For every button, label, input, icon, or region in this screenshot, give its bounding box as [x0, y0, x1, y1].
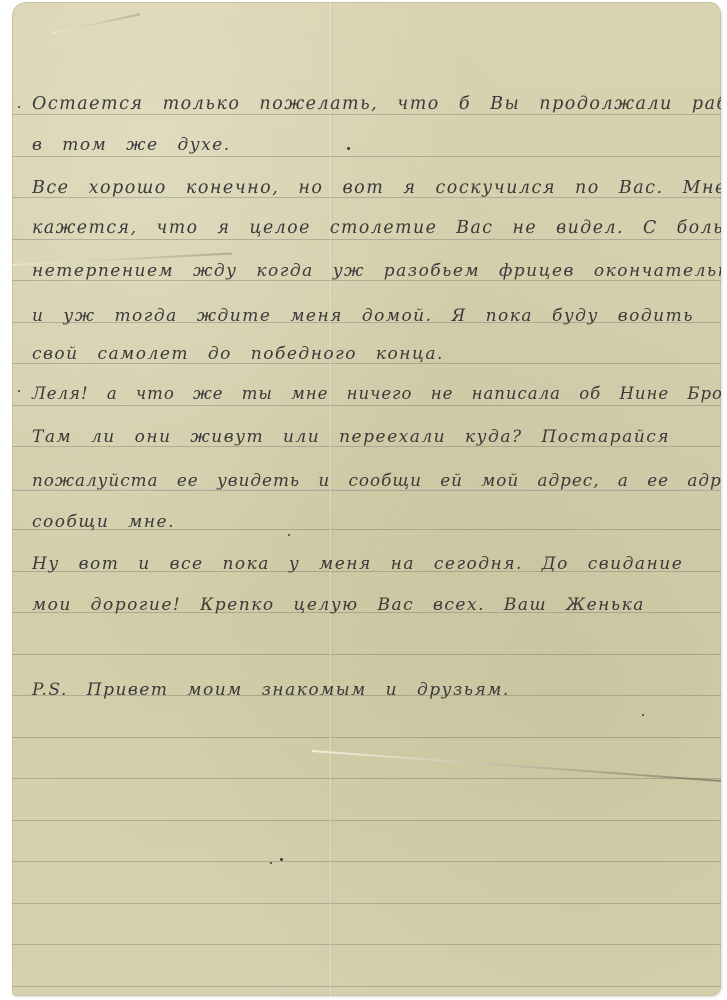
letter-line: нетерпением жду когда уж разобьем фрицев…: [32, 261, 721, 281]
ruled-line: [12, 114, 721, 115]
ink-dot: [18, 390, 20, 392]
letter-line: Ну вот и все пока у меня на сегодня. До …: [32, 554, 683, 574]
letter-line: Все хорошо конечно, но вот я соскучился …: [32, 178, 721, 198]
ruled-line: [12, 405, 721, 406]
ruled-line: [12, 903, 721, 904]
ink-dot: [270, 862, 272, 864]
postscript: P.S. Привет моим знакомым и друзьям.: [32, 680, 510, 700]
ink-dot: [18, 106, 20, 108]
ruled-line: [12, 861, 721, 862]
letter-line: Там ли они живут или переехали куда? Пос…: [32, 427, 670, 447]
letter-paper: Остается только пожелать, что б Вы продо…: [12, 2, 721, 996]
letter-line: в том же духе.: [32, 135, 231, 155]
letter-line: и уж тогда ждите меня домой. Я пока буду…: [32, 306, 694, 326]
ink-dot: [347, 147, 350, 150]
ruled-line: [12, 944, 721, 945]
ruled-line: [12, 820, 721, 821]
paper-crease: [52, 13, 140, 34]
ruled-line: [12, 156, 721, 157]
letter-line: сообщи мне.: [32, 512, 175, 532]
ruled-line: [12, 778, 721, 779]
ink-dot: [288, 534, 290, 536]
ruled-line: [12, 986, 721, 987]
ink-dot: [642, 714, 644, 716]
letter-line: пожалуйста ее увидеть и сообщи ей мой ад…: [32, 470, 721, 490]
ruled-line: [12, 654, 721, 655]
letter-line: свой самолет до победного конца.: [32, 344, 444, 364]
ruled-line: [12, 239, 721, 240]
ruled-line: [12, 737, 721, 738]
letter-line: Остается только пожелать, что б Вы продо…: [32, 94, 721, 114]
letter-line: Леля! а что же ты мне ничего не написала…: [32, 384, 721, 403]
letter-line: кажется, что я целое столетие Вас не вид…: [32, 218, 721, 238]
vertical-fold: [330, 2, 333, 996]
letter-line: мои дорогие! Крепко целую Вас всех. Ваш …: [32, 595, 645, 615]
ink-dot: [280, 858, 283, 861]
